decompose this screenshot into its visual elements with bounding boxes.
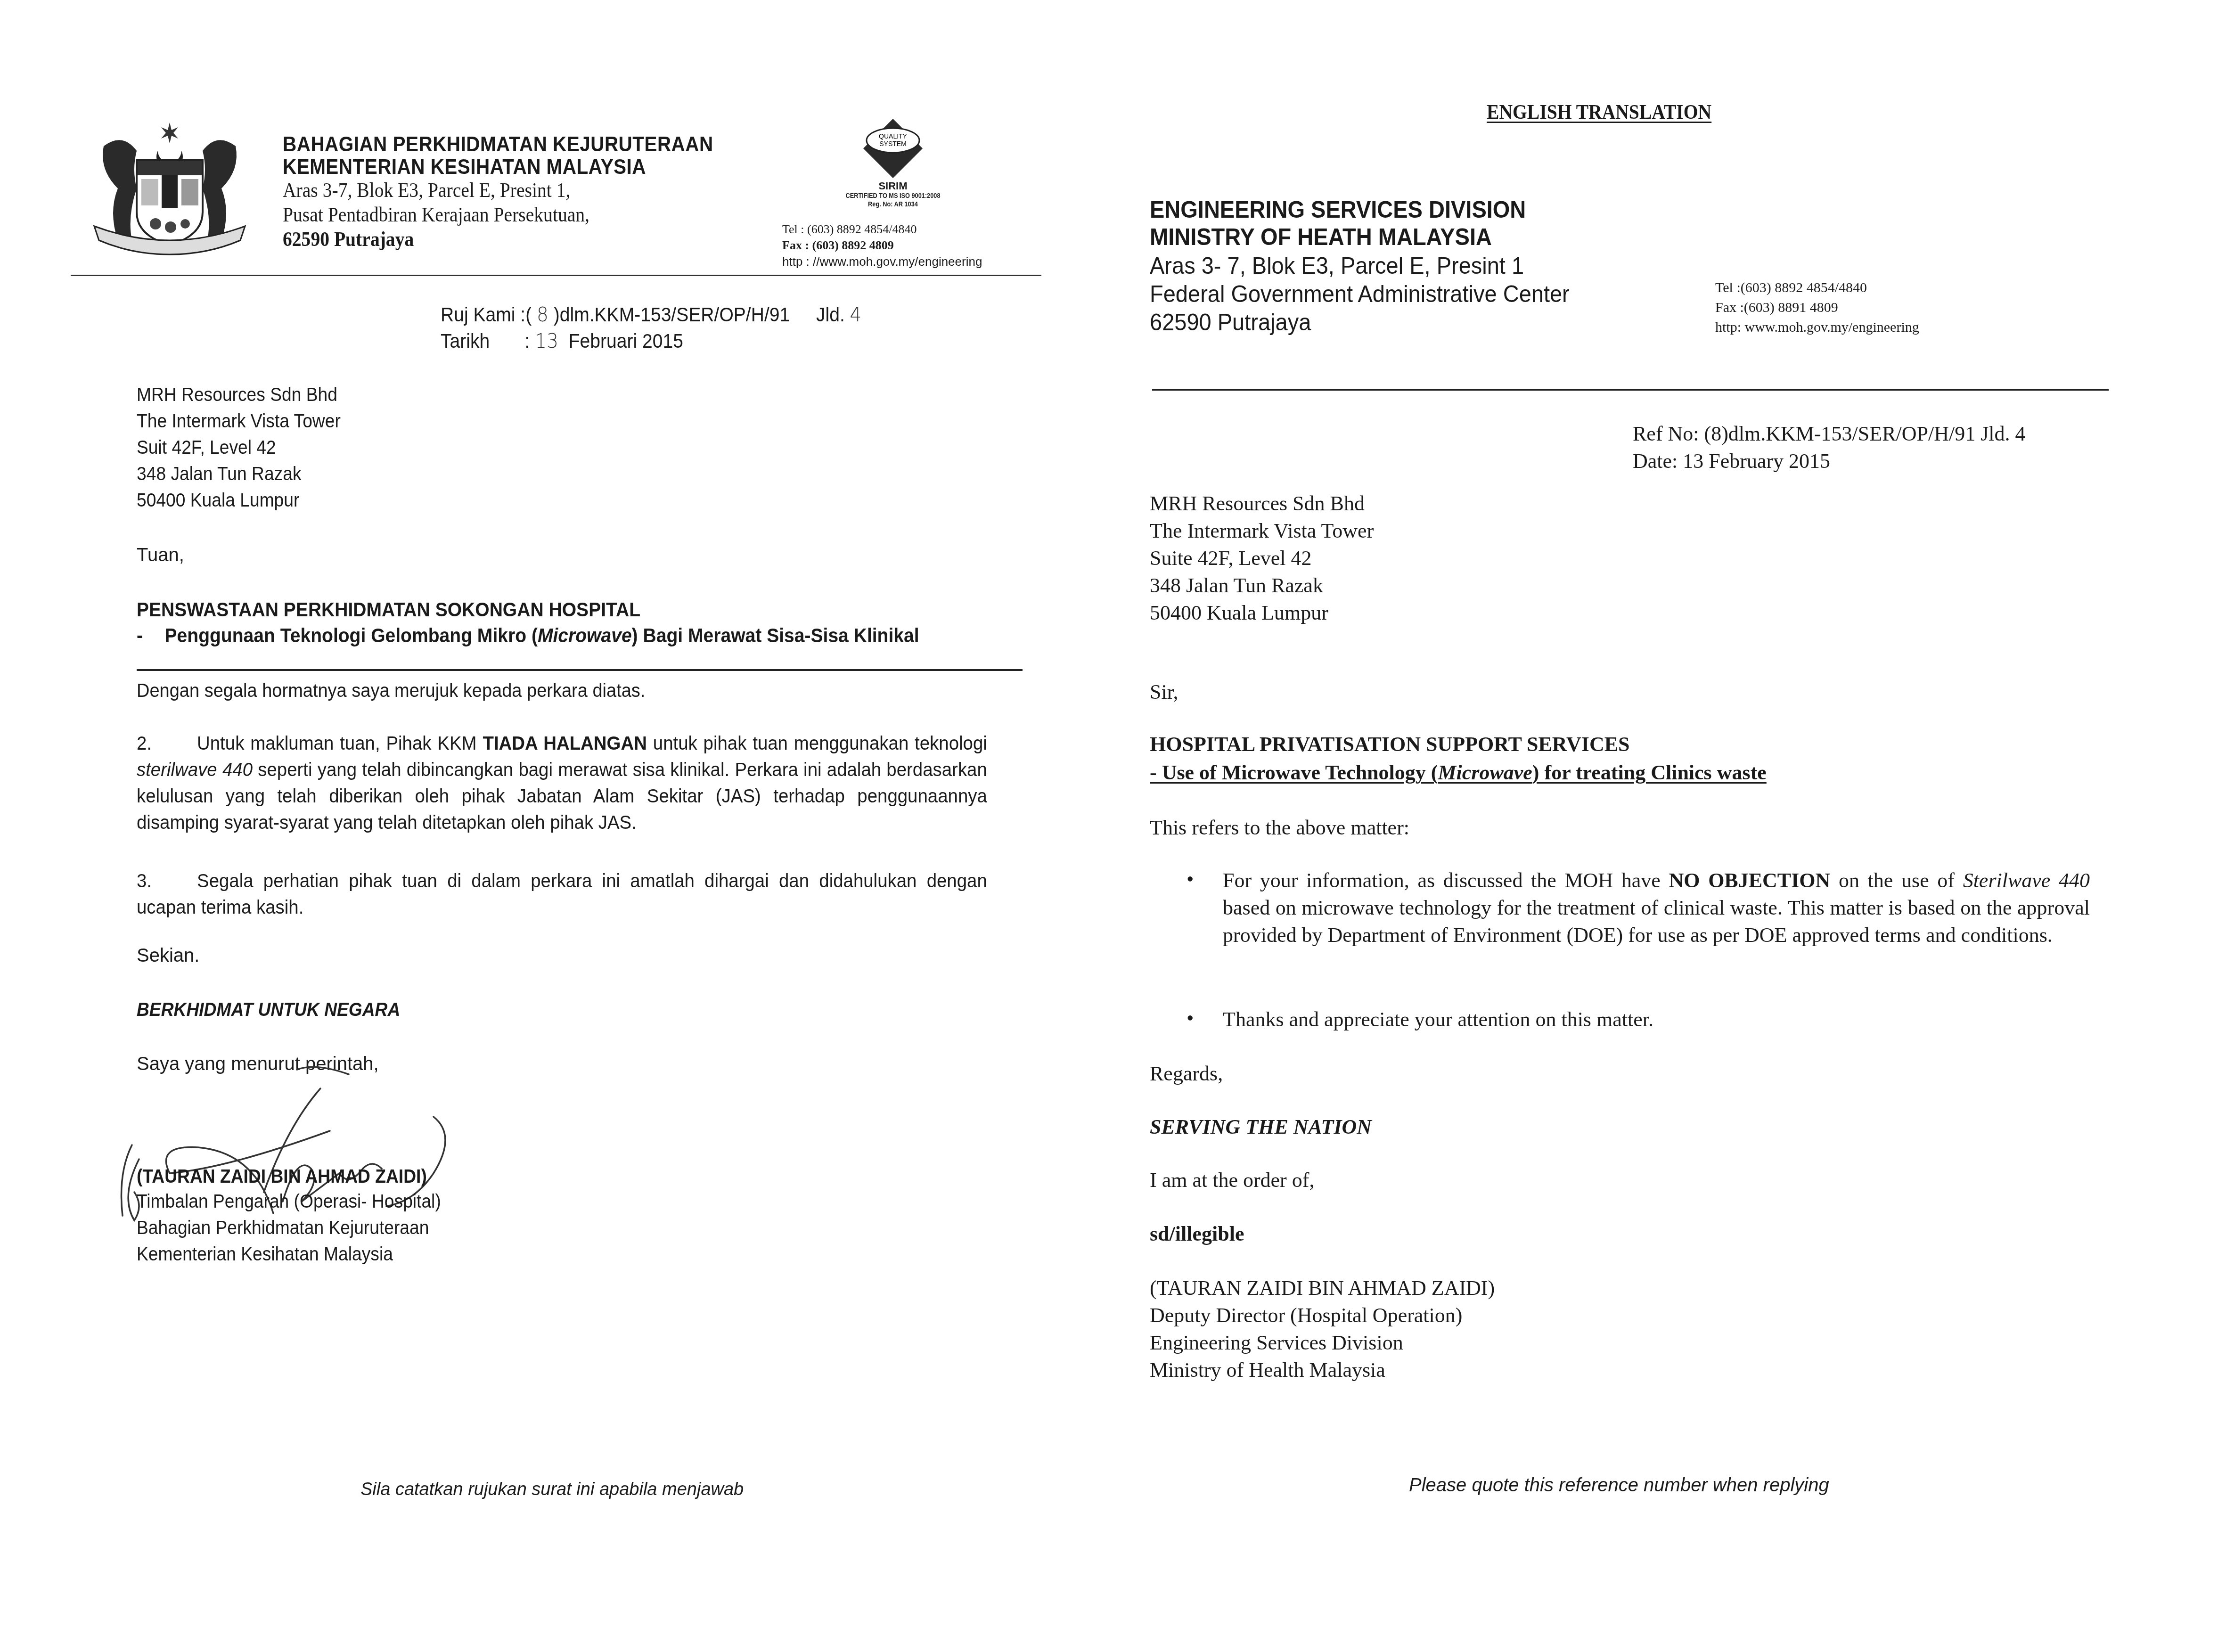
registration-number: Reg. No: AR 1034	[823, 200, 963, 208]
svg-text:QUALITY: QUALITY	[879, 132, 908, 140]
coat-of-arms-icon	[85, 118, 254, 259]
salutation: Tuan,	[137, 542, 184, 568]
opening-line: This refers to the above matter:	[1150, 814, 1409, 842]
bullet-item-2: Thanks and appreciate your attention on …	[1223, 1006, 1653, 1033]
reference-number: Ruj Kami :( 8 )dlm.KKM-153/SER/OP/H/91Jl…	[441, 302, 861, 328]
letterhead-division: ENGINEERING SERVICES DIVISION	[1150, 196, 1526, 223]
paragraph-3: 3.Segala perhatian pihak tuan di dalam p…	[137, 868, 987, 921]
footer-note: Please quote this reference number when …	[1409, 1475, 1829, 1496]
subject-divider	[137, 669, 1023, 671]
bullet-item-1: For your information, as discussed the M…	[1223, 867, 2090, 949]
salutation: Sir,	[1150, 679, 1178, 706]
letterhead-ministry: MINISTRY OF HEATH MALAYSIA	[1150, 223, 1492, 251]
order-line: I am at the order of,	[1150, 1167, 1314, 1194]
letter-date: Date: 13 February 2015	[1633, 448, 1830, 475]
motto: SERVING THE NATION	[1150, 1113, 1372, 1141]
letterhead-tel: Tel : (603) 8892 4854/4840	[782, 221, 917, 237]
letterhead-website: http : //www.moh.gov.my/engineering	[782, 254, 982, 270]
signatory-block: (TAURAN ZAIDI BIN AHMAD ZAIDI) Deputy Di…	[1150, 1275, 1495, 1384]
bullet-icon: •	[1187, 867, 1194, 891]
signature-note: sd/illegible	[1150, 1220, 1244, 1248]
closing: Sekian.	[137, 942, 199, 969]
letterhead-address-line: Aras 3-7, Blok E3, Parcel E, Presint 1,	[283, 178, 570, 203]
reference-number: Ref No: (8)dlm.KKM-153/SER/OP/H/91 Jld. …	[1633, 420, 2026, 448]
sirim-quality-badge-icon: QUALITY SYSTEM	[862, 118, 924, 179]
letterhead-ministry: KEMENTERIAN KESIHATAN MALAYSIA	[283, 155, 646, 179]
subject-line: HOSPITAL PRIVATISATION SUPPORT SERVICES	[1150, 730, 1630, 759]
closing: Regards,	[1150, 1060, 1223, 1088]
footer-note: Sila catatkan rujukan surat ini apabila …	[360, 1480, 744, 1500]
motto: BERKHIDMAT UNTUK NEGARA	[137, 997, 400, 1023]
signatory-title: Timbalan Pengarah (Operasi- Hospital) Ba…	[137, 1188, 441, 1268]
letterhead-fax: Fax : (603) 8892 4809	[782, 237, 894, 254]
letterhead-address-line: 62590 Putrajaya	[283, 227, 414, 252]
handwritten-day: 13	[535, 329, 558, 352]
handwritten-volume: 4	[850, 303, 862, 326]
letterhead-address-line: Pusat Pentadbiran Kerajaan Persekutuan,	[283, 203, 589, 227]
letterhead-fax: Fax :(603) 8891 4809	[1715, 298, 1919, 318]
opening-line: Dengan segala hormatnya saya merujuk kep…	[137, 678, 645, 704]
letterhead-divider	[1152, 389, 2109, 391]
recipient-address: MRH Resources Sdn Bhd The Intermark Vist…	[137, 382, 341, 514]
letterhead-tel: Tel :(603) 8892 4854/4840	[1715, 278, 1919, 298]
signatory-name: (TAURAN ZAIDI BIN AHMAD ZAIDI)	[137, 1166, 427, 1187]
paragraph-2: 2.Untuk makluman tuan, Pihak KKM TIADA H…	[137, 730, 987, 836]
subject-line: PENSWASTAAN PERKHIDMATAN SOKONGAN HOSPIT…	[137, 596, 640, 623]
letterhead-contact: Tel :(603) 8892 4854/4840 Fax :(603) 889…	[1715, 278, 1919, 337]
subject-subline: -Penggunaan Teknologi Gelombang Mikro (M…	[137, 622, 919, 649]
handwritten-ref-number: 8	[537, 303, 548, 326]
iso-certification: CERTIFIED TO MS ISO 9001:2008	[823, 192, 963, 200]
letterhead-division: BAHAGIAN PERKHIDMATAN KEJURUTERAAN	[283, 133, 713, 156]
translation-heading: ENGLISH TRANSLATION	[1487, 100, 1711, 124]
letterhead-divider	[71, 275, 1041, 276]
svg-text:SYSTEM: SYSTEM	[879, 140, 907, 147]
letterhead-website: http: www.moh.gov.my/engineering	[1715, 318, 1919, 337]
letter-date: Tarikh: 13 Februari 2015	[441, 328, 683, 354]
bullet-icon: •	[1187, 1006, 1194, 1030]
recipient-address: MRH Resources Sdn Bhd The Intermark Vist…	[1150, 490, 1374, 627]
signatory-name: (TAURAN ZAIDI BIN AHMAD ZAIDI)	[1150, 1275, 1495, 1302]
sirim-label: SIRIM	[846, 180, 940, 192]
letterhead-address: Aras 3- 7, Blok E3, Parcel E, Presint 1 …	[1150, 252, 1570, 336]
subject-subline: - Use of Microwave Technology (Microwave…	[1150, 759, 1767, 787]
